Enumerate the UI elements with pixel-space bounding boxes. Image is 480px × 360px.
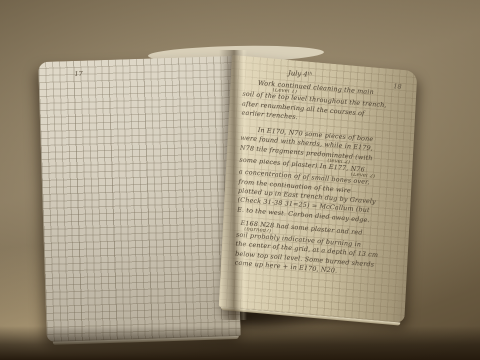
notebook-photo: 17 18 July 4ᵗʰ Work continued cleaning t…: [0, 0, 480, 360]
left-page: 17: [38, 56, 241, 342]
left-page-shading: [38, 56, 241, 342]
page-number-left: 17: [74, 70, 83, 78]
table-edge-shadow: [0, 326, 480, 360]
right-page: 18 July 4ᵗʰ Work continued cleaning the …: [219, 55, 418, 323]
handwriting-block: Work continued cleaning the main (Level …: [235, 78, 410, 282]
